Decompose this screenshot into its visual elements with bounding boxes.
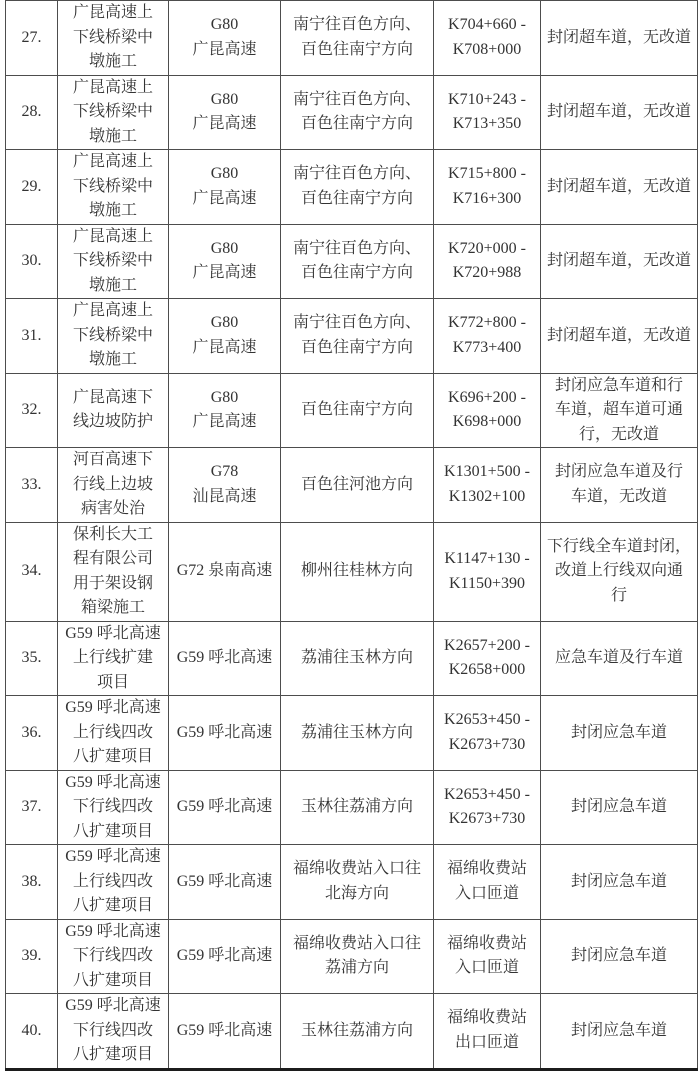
lane-closure-cell: 应急车道及行车道 [541,621,698,696]
lane-closure-cell: 封闭超车道，无改道 [541,75,698,150]
road-name-cell: G72 泉南高速 [169,522,281,621]
stake-section-cell: K710+243 - K713+350 [434,75,541,150]
table-row: 29. 广昆高速上 下线桥梁中 墩施工 G80 广昆高速 南宁往百色方向、 百色… [6,150,698,225]
lane-closure-cell: 封闭超车道，无改道 [541,1,698,76]
stake-section-cell: K2657+200 - K2658+000 [434,621,541,696]
road-name-cell: G59 呼北高速 [169,696,281,771]
project-name-cell: G59 呼北高速 下行线四改 八扩建项目 [58,770,169,845]
stake-section-cell: K720+000 - K720+988 [434,224,541,299]
stake-section-cell: K2653+450 - K2673+730 [434,770,541,845]
table-row: 34. 保利长大工 程有限公司 用于架设钢 箱梁施工 G72 泉南高速 柳州往桂… [6,522,698,621]
stake-section-cell: K2653+450 - K2673+730 [434,696,541,771]
table-row: 30. 广昆高速上 下线桥梁中 墩施工 G80 广昆高速 南宁往百色方向、 百色… [6,224,698,299]
project-name-cell: G59 呼北高速 上行线四改 八扩建项目 [58,696,169,771]
road-name-cell: G59 呼北高速 [169,845,281,920]
project-name-cell: 广昆高速下 线边坡防护 [58,373,169,448]
row-number-cell: 31. [6,299,58,374]
direction-cell: 百色往河池方向 [281,448,434,523]
stake-section-cell: K1301+500 - K1302+100 [434,448,541,523]
row-number-cell: 32. [6,373,58,448]
lane-closure-cell: 封闭应急车道 [541,994,698,1070]
direction-cell: 南宁往百色方向、 百色往南宁方向 [281,150,434,225]
direction-cell: 荔浦往玉林方向 [281,621,434,696]
project-name-cell: 广昆高速上 下线桥梁中 墩施工 [58,224,169,299]
lane-closure-cell: 封闭超车道，无改道 [541,150,698,225]
stake-section-cell: K1147+130 - K1150+390 [434,522,541,621]
direction-cell: 百色往南宁方向 [281,373,434,448]
direction-cell: 福绵收费站入口往 荔浦方向 [281,919,434,994]
table-row: 38. G59 呼北高速 上行线四改 八扩建项目 G59 呼北高速 福绵收费站入… [6,845,698,920]
direction-cell: 南宁往百色方向、 百色往南宁方向 [281,224,434,299]
row-number-cell: 30. [6,224,58,299]
table-row: 31. 广昆高速上 下线桥梁中 墩施工 G80 广昆高速 南宁往百色方向、 百色… [6,299,698,374]
table-row: 37. G59 呼北高速 下行线四改 八扩建项目 G59 呼北高速 玉林往荔浦方… [6,770,698,845]
row-number-cell: 27. [6,1,58,76]
project-name-cell: 广昆高速上 下线桥梁中 墩施工 [58,299,169,374]
project-name-cell: 河百高速下 行线上边坡 病害处治 [58,448,169,523]
road-name-cell: G59 呼北高速 [169,994,281,1070]
table-row: 28. 广昆高速上 下线桥梁中 墩施工 G80 广昆高速 南宁往百色方向、 百色… [6,75,698,150]
row-number-cell: 39. [6,919,58,994]
project-name-cell: 保利长大工 程有限公司 用于架设钢 箱梁施工 [58,522,169,621]
stake-section-cell: 福绵收费站 出口匝道 [434,994,541,1070]
row-number-cell: 33. [6,448,58,523]
row-number-cell: 38. [6,845,58,920]
lane-closure-cell: 封闭应急车道 [541,845,698,920]
roadworks-control-table: 27. 广昆高速上 下线桥梁中 墩施工 G80 广昆高速 南宁往百色方向、 百色… [5,0,698,1071]
stake-section-cell: 福绵收费站 入口匝道 [434,845,541,920]
stake-section-cell: K715+800 - K716+300 [434,150,541,225]
stake-section-cell: K696+200 - K698+000 [434,373,541,448]
table-row: 36. G59 呼北高速 上行线四改 八扩建项目 G59 呼北高速 荔浦往玉林方… [6,696,698,771]
table-row: 35. G59 呼北高速 上行线扩建 项目 G59 呼北高速 荔浦往玉林方向 K… [6,621,698,696]
lane-closure-cell: 封闭超车道，无改道 [541,299,698,374]
road-name-cell: G80 广昆高速 [169,299,281,374]
lane-closure-cell: 封闭应急车道及行 车道，无改道 [541,448,698,523]
lane-closure-cell: 封闭应急车道 [541,919,698,994]
project-name-cell: G59 呼北高速 上行线四改 八扩建项目 [58,845,169,920]
lane-closure-cell: 封闭超车道，无改道 [541,224,698,299]
direction-cell: 柳州往桂林方向 [281,522,434,621]
road-name-cell: G80 广昆高速 [169,75,281,150]
road-name-cell: G80 广昆高速 [169,224,281,299]
road-name-cell: G59 呼北高速 [169,919,281,994]
row-number-cell: 40. [6,994,58,1070]
table-row: 33. 河百高速下 行线上边坡 病害处治 G78 汕昆高速 百色往河池方向 K1… [6,448,698,523]
road-name-cell: G59 呼北高速 [169,621,281,696]
direction-cell: 南宁往百色方向、 百色往南宁方向 [281,1,434,76]
row-number-cell: 37. [6,770,58,845]
table-row: 27. 广昆高速上 下线桥梁中 墩施工 G80 广昆高速 南宁往百色方向、 百色… [6,1,698,76]
project-name-cell: G59 呼北高速 下行线四改 八扩建项目 [58,919,169,994]
direction-cell: 南宁往百色方向、 百色往南宁方向 [281,299,434,374]
project-name-cell: G59 呼北高速 下行线四改 八扩建项目 [58,994,169,1070]
lane-closure-cell: 封闭应急车道 [541,696,698,771]
road-name-cell: G80 广昆高速 [169,1,281,76]
project-name-cell: 广昆高速上 下线桥梁中 墩施工 [58,1,169,76]
stake-section-cell: K704+660 - K708+000 [434,1,541,76]
table-body: 27. 广昆高速上 下线桥梁中 墩施工 G80 广昆高速 南宁往百色方向、 百色… [6,1,698,1070]
lane-closure-cell: 封闭应急车道和行 车道，超车道可通 行，无改道 [541,373,698,448]
stake-section-cell: 福绵收费站 入口匝道 [434,919,541,994]
row-number-cell: 36. [6,696,58,771]
row-number-cell: 35. [6,621,58,696]
direction-cell: 南宁往百色方向、 百色往南宁方向 [281,75,434,150]
table-row: 32. 广昆高速下 线边坡防护 G80 广昆高速 百色往南宁方向 K696+20… [6,373,698,448]
lane-closure-cell: 封闭应急车道 [541,770,698,845]
road-name-cell: G80 广昆高速 [169,150,281,225]
road-name-cell: G78 汕昆高速 [169,448,281,523]
project-name-cell: 广昆高速上 下线桥梁中 墩施工 [58,75,169,150]
direction-cell: 荔浦往玉林方向 [281,696,434,771]
row-number-cell: 29. [6,150,58,225]
direction-cell: 玉林往荔浦方向 [281,770,434,845]
table-row: 40. G59 呼北高速 下行线四改 八扩建项目 G59 呼北高速 玉林往荔浦方… [6,994,698,1070]
direction-cell: 福绵收费站入口往 北海方向 [281,845,434,920]
project-name-cell: G59 呼北高速 上行线扩建 项目 [58,621,169,696]
stake-section-cell: K772+800 - K773+400 [434,299,541,374]
road-name-cell: G80 广昆高速 [169,373,281,448]
table-row: 39. G59 呼北高速 下行线四改 八扩建项目 G59 呼北高速 福绵收费站入… [6,919,698,994]
row-number-cell: 28. [6,75,58,150]
lane-closure-cell: 下行线全车道封闭， 改道上行线双向通 行 [541,522,698,621]
project-name-cell: 广昆高速上 下线桥梁中 墩施工 [58,150,169,225]
row-number-cell: 34. [6,522,58,621]
road-name-cell: G59 呼北高速 [169,770,281,845]
direction-cell: 玉林往荔浦方向 [281,994,434,1070]
